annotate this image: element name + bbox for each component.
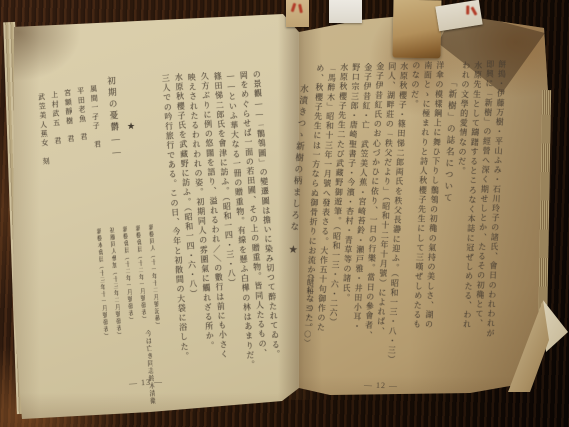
- paper-tab-with-red-marks: [286, 0, 309, 27]
- star-separator: ★: [127, 122, 136, 134]
- red-ink-mark: [471, 6, 478, 15]
- page-number-right: — 12 —: [364, 380, 398, 390]
- red-ink-mark: [466, 6, 469, 15]
- red-ink-mark: [298, 4, 303, 13]
- red-ink-mark: [291, 3, 297, 12]
- stained-paper-tab: [392, 0, 441, 58]
- white-paper-tab: [329, 0, 362, 23]
- photo-of-open-book: の景觀——「鶺鴒圖」の變遷圖は擔いに染み切つて醉たれてゐる。 岡をめぐらせば一面…: [0, 0, 569, 427]
- page-number-left: — 13 —: [129, 377, 163, 388]
